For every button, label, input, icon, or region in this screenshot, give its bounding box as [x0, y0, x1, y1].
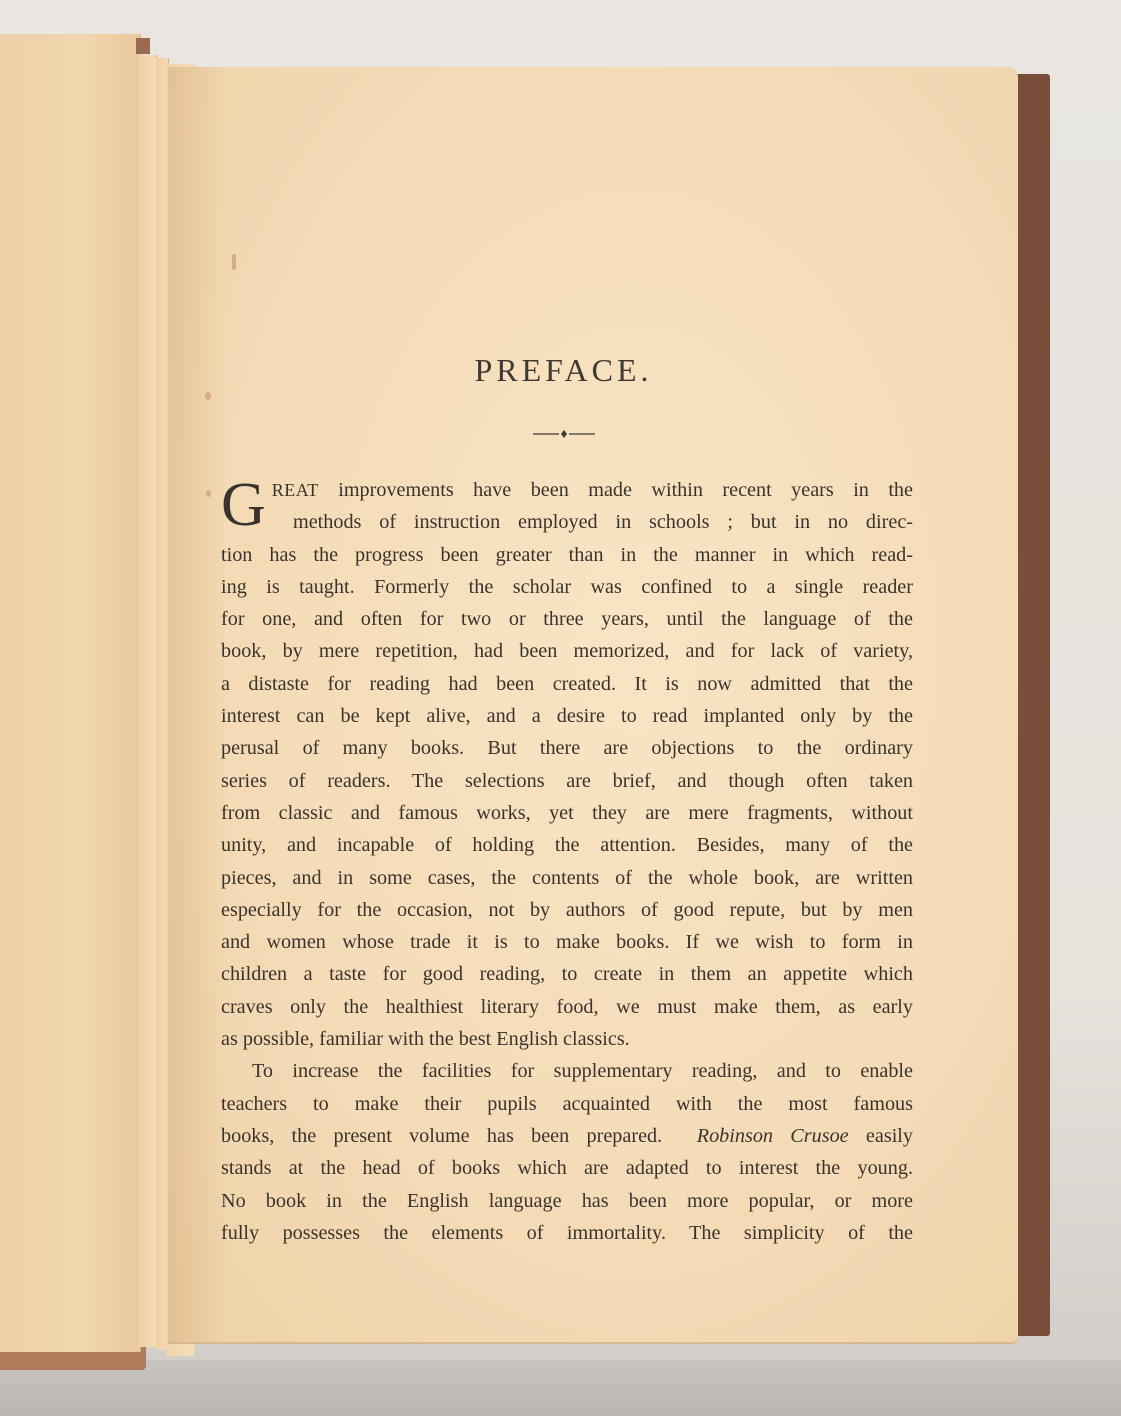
text-line: a distaste for reading had been created.… — [221, 668, 913, 700]
text-line: methods of instruction employed in schoo… — [221, 506, 913, 538]
text-line: unity, and incapable of holding the atte… — [221, 829, 913, 861]
page-gutter-shadow — [168, 67, 228, 1342]
text-line: as possible, familiar with the best Engl… — [221, 1023, 913, 1055]
drop-cap: G — [221, 480, 266, 530]
spine-fragment — [136, 38, 150, 54]
text-line: from classic and famous works, yet they … — [221, 797, 913, 829]
text-line: pieces, and in some cases, the contents … — [221, 862, 913, 894]
text-line: No book in the English language has been… — [221, 1185, 913, 1217]
text-line: children a taste for good reading, to cr… — [221, 958, 913, 990]
page-title: PREFACE. — [0, 352, 1121, 389]
text-line: tion has the progress been greater than … — [221, 539, 913, 571]
text-line: series of readers. The selections are br… — [221, 765, 913, 797]
preface-text: G REAT improvements have been made withi… — [221, 474, 913, 1249]
foxing-spot — [232, 254, 236, 270]
text-line: fully possesses the elements of immortal… — [221, 1217, 913, 1249]
text-line: book, by mere repetition, had been memor… — [221, 635, 913, 667]
left-flyleaf — [0, 34, 141, 1352]
foxing-spot — [206, 490, 211, 497]
text-line: REAT improvements have been made within … — [221, 474, 913, 506]
torn-leaf-edge — [138, 55, 157, 1347]
text-line: for one, and often for two or three year… — [221, 603, 913, 635]
text-line: ing is taught. Formerly the scholar was … — [221, 571, 913, 603]
paragraph-1: G REAT improvements have been made withi… — [221, 474, 913, 1055]
text-line: teachers to make their pupils acquainted… — [221, 1088, 913, 1120]
text-line: stands at the head of books which are ad… — [221, 1152, 913, 1184]
text-line: especially for the occasion, not by auth… — [221, 894, 913, 926]
book-title-italic: Robinson Crusoe — [697, 1125, 849, 1147]
ornament-divider-icon — [533, 428, 595, 440]
text-line: books, the present volume has been prepa… — [221, 1120, 913, 1152]
text-line: To increase the facilities for supplemen… — [221, 1055, 913, 1087]
table-surface — [0, 1360, 1121, 1416]
paragraph-2: To increase the facilities for supplemen… — [221, 1055, 913, 1249]
text-line: craves only the healthiest literary food… — [221, 991, 913, 1023]
foxing-spot — [205, 392, 211, 400]
text-line: and women whose trade it is to make book… — [221, 926, 913, 958]
right-cover-board — [1016, 74, 1050, 1336]
text-line: interest can be kept alive, and a desire… — [221, 700, 913, 732]
text-line: perusal of many books. But there are obj… — [221, 732, 913, 764]
